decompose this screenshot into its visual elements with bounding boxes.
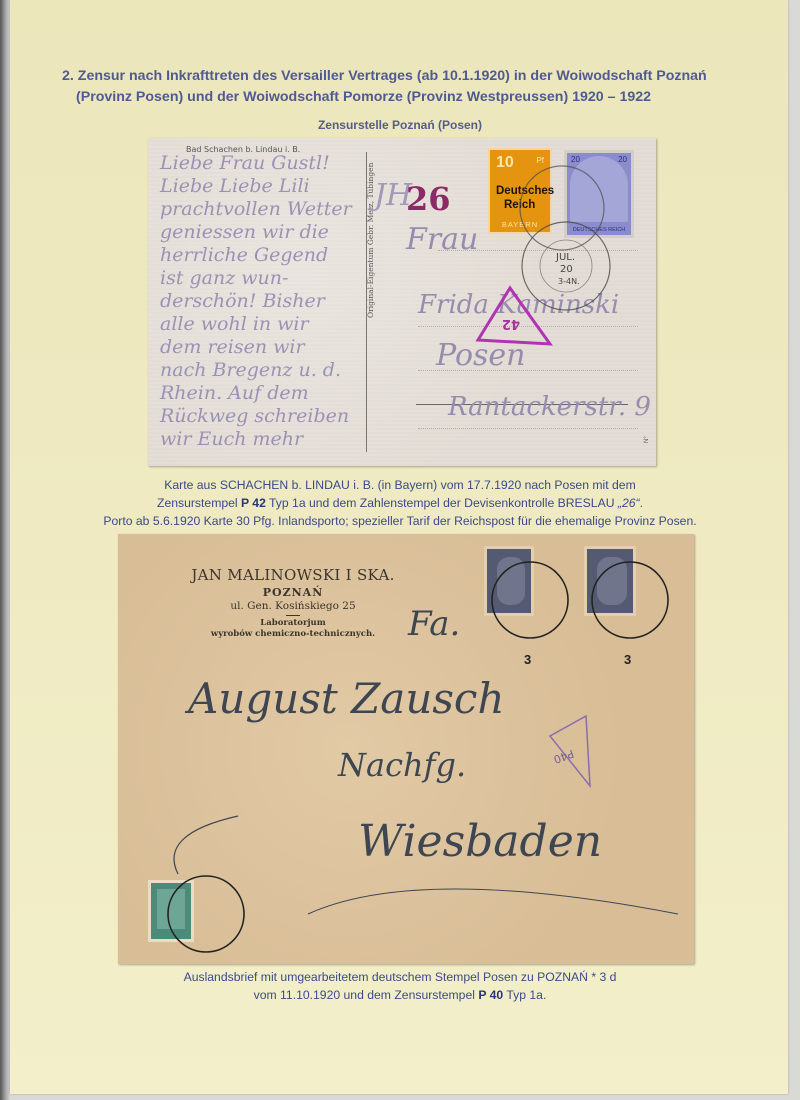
overprint-line-1: Deutsches (496, 184, 554, 198)
censor-triangle-p40 (550, 716, 590, 786)
message-line: Rückweg schreiben (160, 405, 370, 428)
message-line: herrliche Gegend (160, 244, 370, 267)
stamp-overprint: Deutsches Reich (496, 184, 554, 212)
message-line: ist ganz wun- (160, 267, 370, 290)
page-heading: 2. Zensur nach Inkrafttreten des Versail… (62, 66, 762, 108)
stamp-country: BAYERN (490, 220, 550, 229)
envelope-address-4: Wiesbaden (358, 816, 602, 867)
stamp-germania-20pf: 20 20 DEUTSCHES REICH (564, 150, 634, 238)
postcard-image: Bad Schachen b. Lindau i. B. Original-Ei… (148, 138, 656, 466)
postcard-caption: Karte aus SCHACHEN b. LINDAU i. B. (in B… (0, 476, 800, 530)
message-line: geniessen wir die (160, 221, 370, 244)
censor-number-stamp: 26 (406, 180, 451, 218)
message-line: wir Euch mehr (160, 428, 370, 451)
address-line-1: Frau (406, 222, 478, 257)
stamp-unit: Pf (536, 156, 544, 165)
caption-line: Karte aus SCHACHEN b. LINDAU i. B. (in B… (0, 476, 800, 494)
firm-divider (286, 615, 300, 616)
message-line: nach Bregenz u. d. (160, 359, 370, 382)
caption-line: vom 11.10.1920 und dem Zensurstempel P 4… (0, 986, 800, 1004)
message-line: Liebe Frau Gustl! (160, 152, 370, 175)
address-line-2: Frida Kaminski (418, 290, 619, 320)
caption-line: Auslandsbrief mit umgearbeitetem deutsch… (0, 968, 800, 986)
firm-city: POZNAŃ (118, 586, 468, 599)
stamp-poland-2 (584, 546, 636, 616)
address-line-4: Rantackerstr. 9 (448, 392, 651, 422)
postmark-number: 3 (524, 652, 531, 667)
message-line: alle wohl in wir (160, 313, 370, 336)
section-subheading: Zensurstelle Poznań (Posen) (0, 118, 800, 132)
envelope-image: JAN MALINOWSKI I SKA. POZNAŃ ul. Gen. Ko… (118, 534, 694, 964)
message-line: Liebe Liebe Lili (160, 175, 370, 198)
message-line: dem reisen wir (160, 336, 370, 359)
stamp-bayern-10pf: 10 Pf Deutsches Reich BAYERN (488, 148, 552, 234)
envelope-address-1: Fa. (408, 604, 460, 644)
heading-line-2: (Provinz Posen) und der Woiwodschaft Pom… (62, 87, 762, 108)
stamp-value: 10 (496, 154, 514, 172)
message-line: prachtvollen Wetter (160, 198, 370, 221)
postcard-corner-print: N° (644, 436, 650, 443)
stamp-inscription: DEUTSCHES REICH (567, 227, 631, 233)
message-line: derschön! Bisher (160, 290, 370, 313)
svg-text:P40: P40 (552, 747, 576, 766)
overprint-line-2: Reich (496, 198, 554, 212)
postcard-message: Liebe Frau Gustl!Liebe Liebe Liliprachtv… (160, 152, 370, 451)
stamp-poland-green (148, 880, 194, 942)
binder-edge (0, 0, 10, 1100)
caption-line: Porto ab 5.6.1920 Karte 30 Pfg. Inlandsp… (0, 512, 800, 530)
postmark-year: 20 (560, 264, 573, 275)
envelope-address-3: Nachfg. (338, 746, 466, 784)
envelope-caption: Auslandsbrief mit umgearbeitetem deutsch… (0, 968, 800, 1004)
stamp-poland-1 (484, 546, 534, 616)
postmark-time: 3-4N. (558, 277, 580, 286)
postmark-month: JUL. (555, 252, 575, 263)
address-line (418, 326, 638, 327)
address-line (418, 428, 638, 429)
germania-portrait (570, 156, 628, 222)
postmark-number: 3 (624, 652, 631, 667)
heading-line-1: 2. Zensur nach Inkrafttreten des Versail… (62, 68, 707, 84)
stamp-value: 20 (618, 155, 627, 164)
caption-line: Zensurstempel P 42 Typ 1a und dem Zahlen… (0, 494, 800, 512)
envelope-address-2: August Zausch (188, 674, 505, 723)
address-line-3: Posen (436, 338, 526, 373)
stamp-value: 20 (571, 155, 580, 164)
message-line: Rhein. Auf dem (160, 382, 370, 405)
firm-name: JAN MALINOWSKI I SKA. (118, 566, 468, 584)
